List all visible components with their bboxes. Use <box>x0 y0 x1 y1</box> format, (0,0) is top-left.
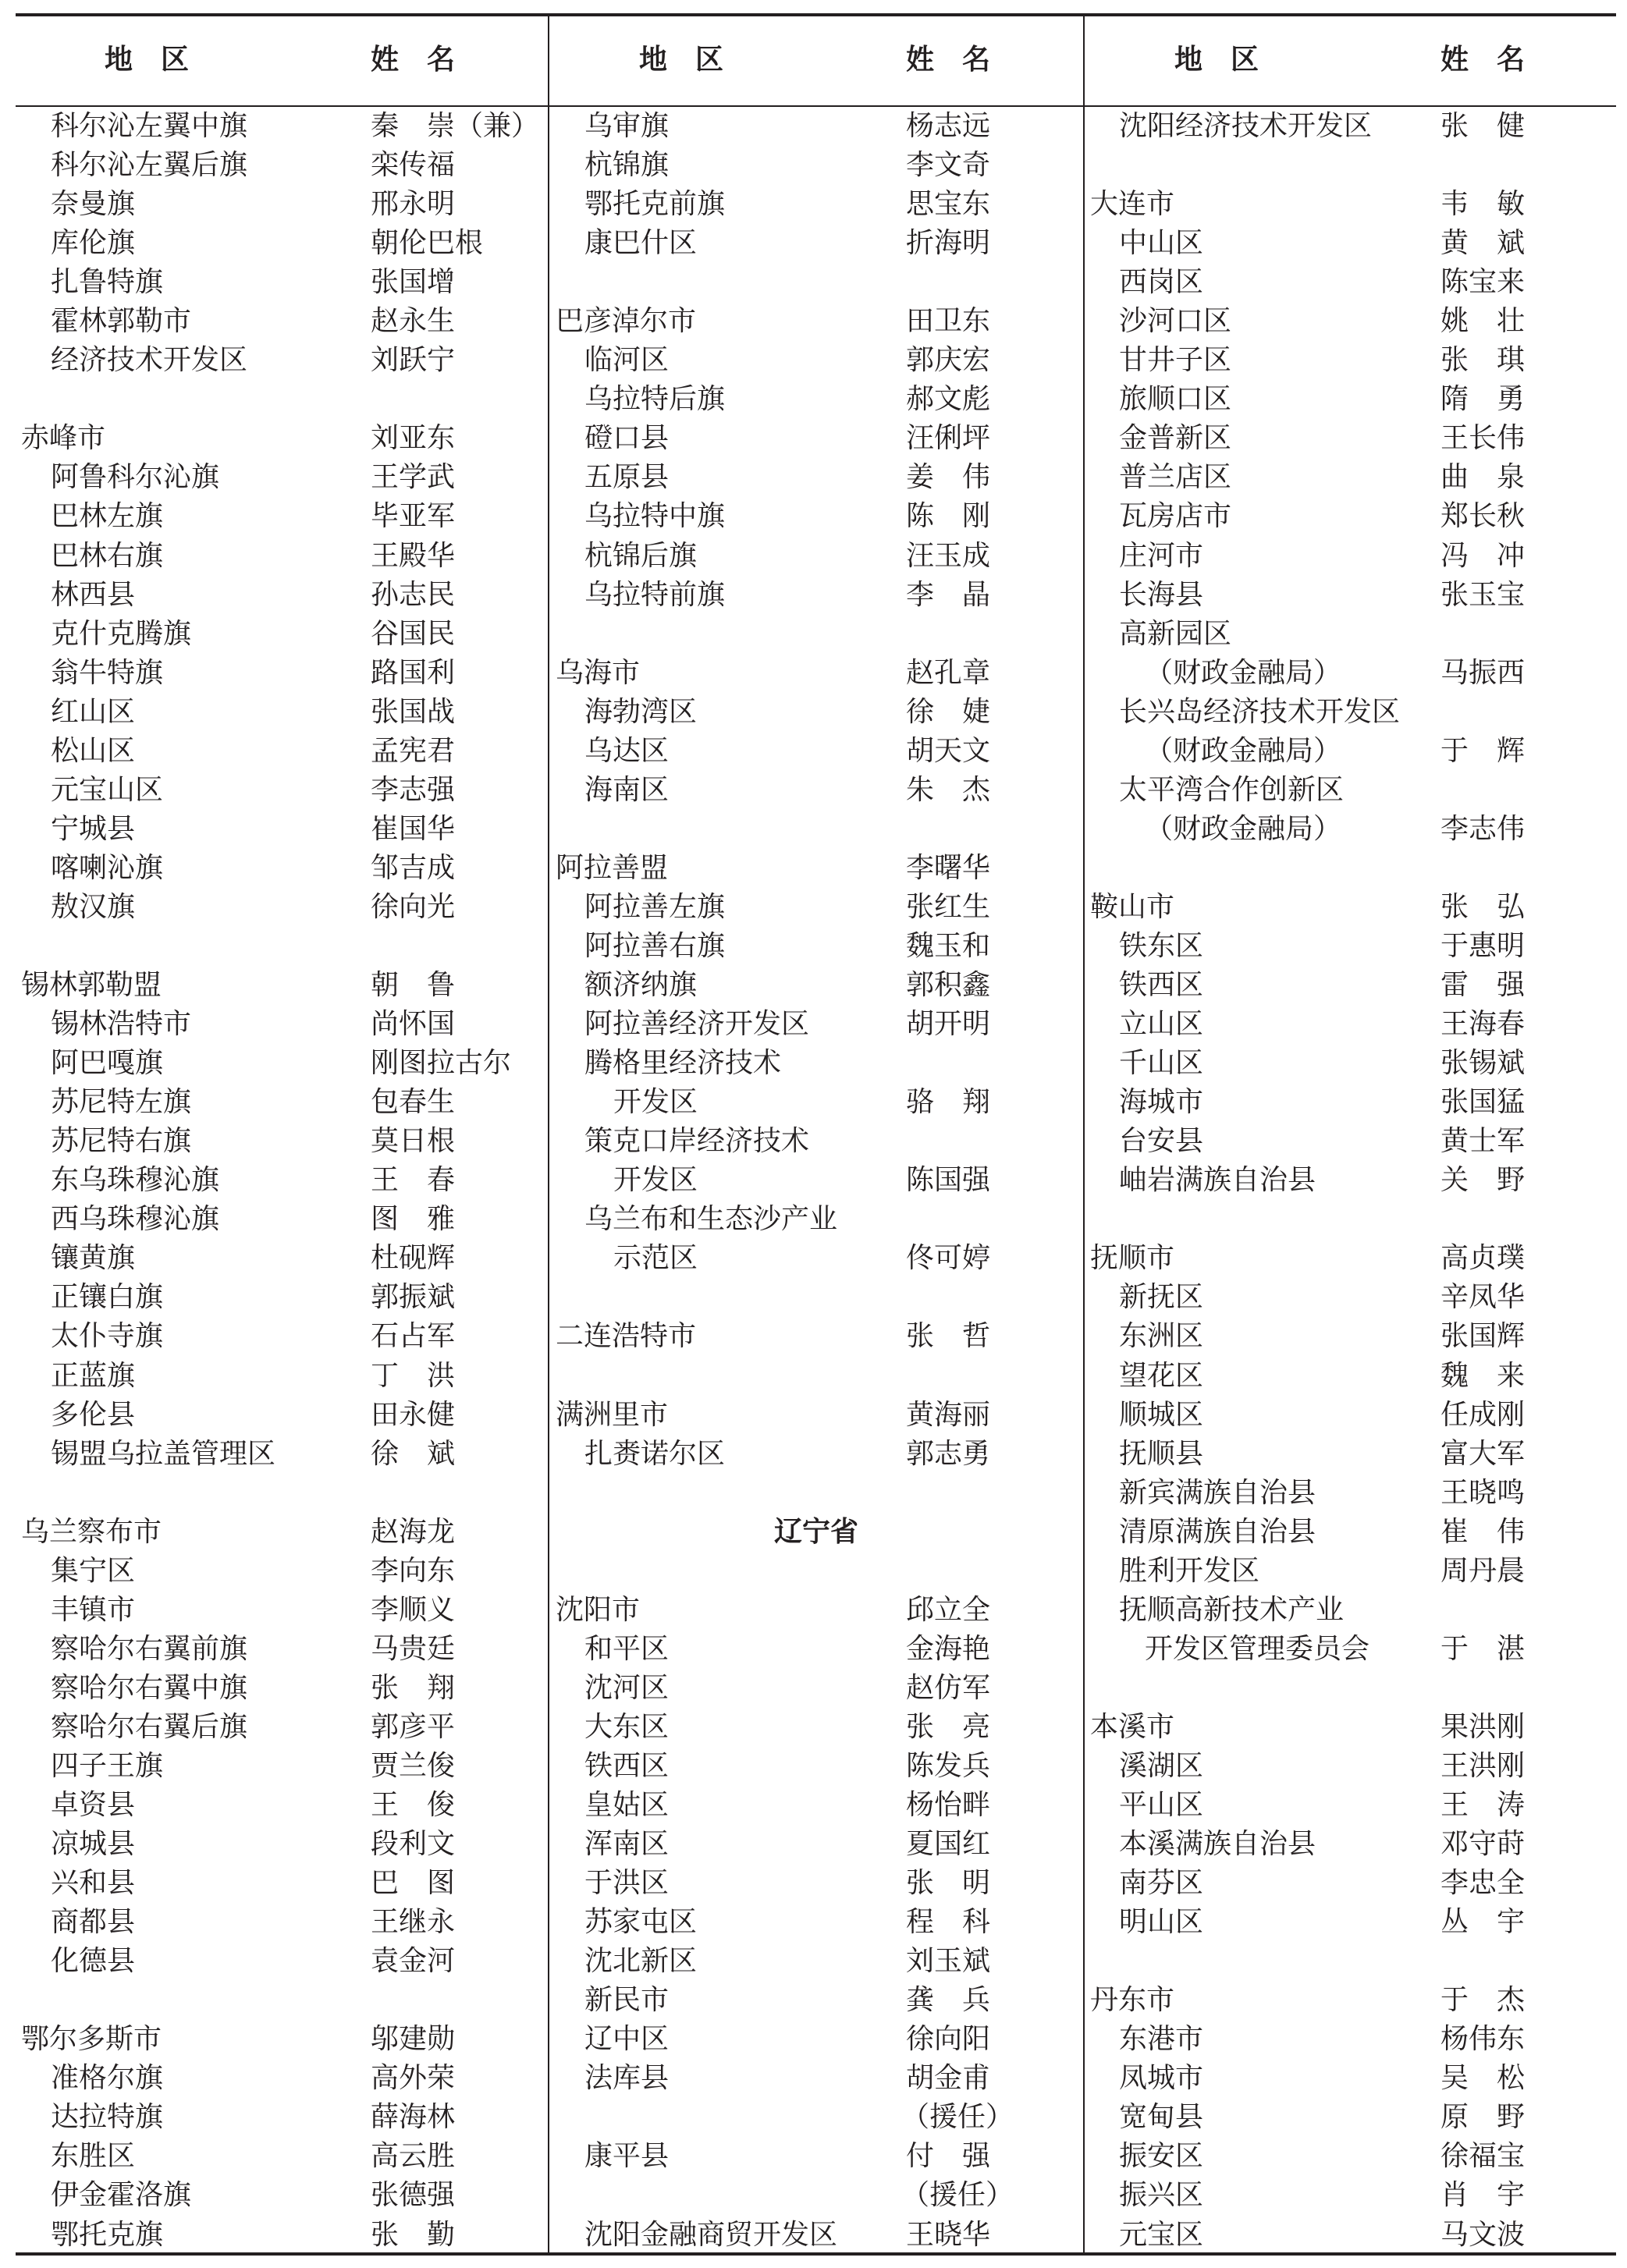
region-cell: 察哈尔右翼中旗 <box>51 1669 247 1708</box>
name-cell: 陈宝来 <box>1440 263 1525 302</box>
table-row: 巴林右旗王殿华 <box>0 537 548 576</box>
region-cell: 振安区 <box>1119 2137 1203 2176</box>
spacer-row <box>1085 1942 1616 1981</box>
table-row: 磴口县汪俐坪 <box>549 419 1083 458</box>
region-cell: 多伦县 <box>51 1396 135 1435</box>
region-cell: 新抚区 <box>1119 1278 1203 1317</box>
region-cell: 松山区 <box>51 732 135 771</box>
table-row: 阿巴嘎旗刚图拉古尔 <box>0 1044 548 1083</box>
table-row: （财政金融局）于 辉 <box>1085 732 1616 771</box>
table-row: 阿拉善盟李曙华 <box>549 849 1083 888</box>
spacer-row <box>549 1474 1083 1513</box>
table-row: 乌审旗杨志远 <box>549 107 1083 146</box>
region-cell: 乌海市 <box>556 654 640 693</box>
region-cell: 阿巴嘎旗 <box>51 1044 163 1083</box>
name-cell: 张 健 <box>1440 107 1525 146</box>
name-cell: 任成刚 <box>1440 1396 1525 1435</box>
table-row: 商都县王继永 <box>0 1903 548 1942</box>
region-cell: 策克口岸经济技术 <box>584 1122 809 1161</box>
spacer-row <box>549 1552 1083 1591</box>
name-cell: 朱 杰 <box>906 771 990 810</box>
region-cell: 乌兰布和生态沙产业 <box>584 1200 837 1239</box>
region-cell: （财政金融局） <box>1145 732 1341 771</box>
spacer-row <box>549 1357 1083 1396</box>
name-cell: 张 琪 <box>1440 341 1525 380</box>
region-cell: 锡林浩特市 <box>51 1005 191 1044</box>
table-row: 霍林郭勒市赵永生 <box>0 302 548 341</box>
name-cell: 王 涛 <box>1440 1786 1525 1825</box>
table-row: 喀喇沁旗邹吉成 <box>0 849 548 888</box>
name-cell: 陈发兵 <box>906 1747 990 1786</box>
table-row: 丹东市于 杰 <box>1085 1981 1616 2020</box>
name-cell: 思宝东 <box>906 185 990 224</box>
name-cell: 杨伟东 <box>1440 2020 1525 2059</box>
spacer-row <box>1085 1669 1616 1708</box>
name-cell: 刘玉斌 <box>906 1942 990 1981</box>
table-row: 东胜区高云胜 <box>0 2137 548 2176</box>
region-cell: 鄂托克前旗 <box>584 185 725 224</box>
table-row: 顺城区任成刚 <box>1085 1396 1616 1435</box>
name-cell: 王晓华 <box>906 2216 990 2255</box>
table-row: 振安区徐福宝 <box>1085 2137 1616 2176</box>
name-cell: 张锡斌 <box>1440 1044 1525 1083</box>
name-cell: 薛海林 <box>371 2098 455 2137</box>
name-cell: 于 湛 <box>1440 1630 1525 1669</box>
region-cell: 本溪满族自治县 <box>1119 1825 1316 1864</box>
table-row: （援任） <box>549 2098 1083 2137</box>
table-row: 长海县张玉宝 <box>1085 576 1616 615</box>
table-row: 中山区黄 斌 <box>1085 224 1616 263</box>
table-row: 阿拉善经济开发区胡开明 <box>549 1005 1083 1044</box>
region-cell: 丹东市 <box>1090 1981 1174 2020</box>
table-row: 鄂尔多斯市邬建勋 <box>0 2020 548 2059</box>
name-cell: 段利文 <box>371 1825 455 1864</box>
table-row: 阿拉善右旗魏玉和 <box>549 927 1083 966</box>
table-row: 千山区张锡斌 <box>1085 1044 1616 1083</box>
table-row: 西岗区陈宝来 <box>1085 263 1616 302</box>
name-cell: 黄士军 <box>1440 1122 1525 1161</box>
region-cell: 顺城区 <box>1119 1396 1203 1435</box>
table-row: 凉城县段利文 <box>0 1825 548 1864</box>
table-row: 额济纳旗郭积鑫 <box>549 966 1083 1005</box>
region-cell: 辽中区 <box>584 2020 669 2059</box>
region-cell: 元宝山区 <box>51 771 163 810</box>
header-region-2: 地 区 <box>639 41 723 80</box>
table-row: 乌拉特前旗李 晶 <box>549 576 1083 615</box>
region-cell: 海南区 <box>584 771 669 810</box>
name-cell: 王继永 <box>371 1903 455 1942</box>
table-row: 元宝山区李志强 <box>0 771 548 810</box>
table-row: 开发区陈国强 <box>549 1161 1083 1200</box>
table-row: 铁东区于惠明 <box>1085 927 1616 966</box>
table-row: （财政金融局）马振西 <box>1085 654 1616 693</box>
region-cell: 本溪市 <box>1090 1708 1174 1747</box>
name-cell: 张玉宝 <box>1440 576 1525 615</box>
name-cell: 于 杰 <box>1440 1981 1525 2020</box>
region-cell: （财政金融局） <box>1145 654 1341 693</box>
table-row: 准格尔旗高外荣 <box>0 2059 548 2098</box>
header-name-2: 姓 名 <box>906 41 990 80</box>
region-cell: 胜利开发区 <box>1119 1552 1259 1591</box>
name-cell: 郭庆宏 <box>906 341 990 380</box>
table-row: 沈北新区刘玉斌 <box>549 1942 1083 1981</box>
region-cell: 镶黄旗 <box>51 1239 135 1278</box>
table-row: 沈阳金融商贸开发区王晓华 <box>549 2216 1083 2255</box>
region-cell: 振兴区 <box>1119 2176 1203 2215</box>
name-cell: 张德强 <box>371 2176 455 2215</box>
name-cell: 张 明 <box>906 1864 990 1903</box>
table-row: 开发区骆 翔 <box>549 1083 1083 1122</box>
table-row: 沈阳经济技术开发区张 健 <box>1085 107 1616 146</box>
name-cell: 张国增 <box>371 263 455 302</box>
name-cell: 韦 敏 <box>1440 185 1525 224</box>
region-cell: 苏尼特左旗 <box>51 1083 191 1122</box>
region-cell: 康巴什区 <box>584 224 697 263</box>
table-top-rule <box>16 13 1616 16</box>
spacer-row <box>549 1278 1083 1317</box>
name-cell: 张国猛 <box>1440 1083 1525 1122</box>
name-cell: 李曙华 <box>906 849 990 888</box>
name-cell: 邹吉成 <box>371 849 455 888</box>
name-cell: 袁金河 <box>371 1942 455 1981</box>
table-row: 锡盟乌拉盖管理区徐 斌 <box>0 1435 548 1474</box>
region-cell: 阿拉善经济开发区 <box>584 1005 809 1044</box>
table-row: 库伦旗朝伦巴根 <box>0 224 548 263</box>
name-cell: 胡开明 <box>906 1005 990 1044</box>
name-cell: 王学武 <box>371 458 455 497</box>
name-cell: 秦 崇（兼） <box>371 107 539 146</box>
name-cell: 郑长秋 <box>1440 497 1525 536</box>
name-cell: 辛凤华 <box>1440 1278 1525 1317</box>
region-cell: 林西县 <box>51 576 135 615</box>
name-cell: 贾兰俊 <box>371 1747 455 1786</box>
name-cell: 崔 伟 <box>1440 1513 1525 1552</box>
name-cell: 佟可婷 <box>906 1239 990 1278</box>
region-cell: 扎鲁特旗 <box>51 263 163 302</box>
table-row: 乌拉特后旗郝文彪 <box>549 380 1083 419</box>
region-cell: 苏尼特右旗 <box>51 1122 191 1161</box>
table-row: 五原县姜 伟 <box>549 458 1083 497</box>
name-cell: 邱立全 <box>906 1591 990 1630</box>
region-cell: 扎赉诺尔区 <box>584 1435 725 1474</box>
name-cell: 王长伟 <box>1440 419 1525 458</box>
table-row: 沙河口区姚 壮 <box>1085 302 1616 341</box>
region-cell: 东胜区 <box>51 2137 135 2176</box>
name-cell: 高外荣 <box>371 2059 455 2098</box>
region-cell: 抚顺县 <box>1119 1435 1203 1474</box>
name-cell: 李志伟 <box>1440 810 1525 849</box>
table-row: 旅顺口区隋 勇 <box>1085 380 1616 419</box>
name-cell: 石占军 <box>371 1317 455 1356</box>
name-cell: 王 俊 <box>371 1786 455 1825</box>
name-cell: 汪玉成 <box>906 537 990 576</box>
name-cell: 赵仿军 <box>906 1669 990 1708</box>
region-cell: （财政金融局） <box>1145 810 1341 849</box>
table-row: 和平区金海艳 <box>549 1630 1083 1669</box>
table-row: 察哈尔右翼后旗郭彦平 <box>0 1708 548 1747</box>
name-cell: 郭志勇 <box>906 1435 990 1474</box>
spacer-row <box>1085 849 1616 888</box>
table-row: 兴和县巴 图 <box>0 1864 548 1903</box>
region-cell: 乌拉特中旗 <box>584 497 725 536</box>
region-cell: 新宾满族自治县 <box>1119 1474 1316 1513</box>
region-cell: 东乌珠穆沁旗 <box>51 1161 219 1200</box>
name-cell: 黄 斌 <box>1440 224 1525 263</box>
region-cell: 鞍山市 <box>1090 888 1174 927</box>
region-cell: 正蓝旗 <box>51 1357 135 1396</box>
table-row: 海勃湾区徐 婕 <box>549 693 1083 732</box>
region-cell: 浑南区 <box>584 1825 669 1864</box>
table-row: 丰镇市李顺义 <box>0 1591 548 1630</box>
header-region-3: 地 区 <box>1174 41 1259 80</box>
table-row: （财政金融局）李志伟 <box>1085 810 1616 849</box>
name-cell: 田卫东 <box>906 302 990 341</box>
table-row: 台安县黄士军 <box>1085 1122 1616 1161</box>
region-cell: 新民市 <box>584 1981 669 2020</box>
name-cell: 金海艳 <box>906 1630 990 1669</box>
table-row: 扎赉诺尔区郭志勇 <box>549 1435 1083 1474</box>
name-cell: 郭彦平 <box>371 1708 455 1747</box>
name-cell: 张 勤 <box>371 2216 455 2255</box>
region-cell: 抚顺市 <box>1090 1239 1174 1278</box>
region-cell: 明山区 <box>1119 1903 1203 1942</box>
name-cell: 徐向阳 <box>906 2020 990 2059</box>
name-cell: 张 翔 <box>371 1669 455 1708</box>
table-row: 乌兰察布市赵海龙 <box>0 1513 548 1552</box>
name-cell: 胡天文 <box>906 732 990 771</box>
name-cell: 吴 松 <box>1440 2059 1525 2098</box>
name-cell: 朝 鲁 <box>371 966 455 1005</box>
region-cell: 康平县 <box>584 2137 669 2176</box>
table-row: 铁西区陈发兵 <box>549 1747 1083 1786</box>
region-cell: 四子王旗 <box>51 1747 163 1786</box>
table-row: 于洪区张 明 <box>549 1864 1083 1903</box>
table-row: 高新园区 <box>1085 615 1616 654</box>
name-cell: 魏 来 <box>1440 1357 1525 1396</box>
name-cell: 张国辉 <box>1440 1317 1525 1356</box>
region-cell: 开发区管理委员会 <box>1145 1630 1369 1669</box>
table-row: 振兴区肖 宇 <box>1085 2176 1616 2215</box>
region-cell: 清原满族自治县 <box>1119 1513 1316 1552</box>
name-cell: 马贵廷 <box>371 1630 455 1669</box>
table-row: 宁城县崔国华 <box>0 810 548 849</box>
region-cell: 元宝区 <box>1119 2216 1203 2255</box>
table-row: 长兴岛经济技术开发区 <box>1085 693 1616 732</box>
region-cell: 高新园区 <box>1119 615 1231 654</box>
table-row: 正蓝旗丁 洪 <box>0 1357 548 1396</box>
name-cell: 王洪刚 <box>1440 1747 1525 1786</box>
name-cell: 郭积鑫 <box>906 966 990 1005</box>
name-cell: 胡金甫 <box>906 2059 990 2098</box>
name-cell: 刘跃宁 <box>371 341 455 380</box>
table-row: 东洲区张国辉 <box>1085 1317 1616 1356</box>
region-cell: 宽甸县 <box>1119 2098 1203 2137</box>
table-row: 溪湖区王洪刚 <box>1085 1747 1616 1786</box>
name-cell: 折海明 <box>906 224 990 263</box>
name-cell: 杨怡畔 <box>906 1786 990 1825</box>
table-row: 锡林浩特市尚怀国 <box>0 1005 548 1044</box>
name-cell: 邓守莳 <box>1440 1825 1525 1864</box>
name-cell: 尚怀国 <box>371 1005 455 1044</box>
table-row: 示范区佟可婷 <box>549 1239 1083 1278</box>
table-row: 抚顺市高贞璞 <box>1085 1239 1616 1278</box>
table-row: 甘井子区张 琪 <box>1085 341 1616 380</box>
table-row: 临河区郭庆宏 <box>549 341 1083 380</box>
region-cell: 台安县 <box>1119 1122 1203 1161</box>
region-cell: 察哈尔右翼前旗 <box>51 1630 247 1669</box>
region-cell: 正镶白旗 <box>51 1278 163 1317</box>
region-cell: 卓资县 <box>51 1786 135 1825</box>
region-cell: 乌达区 <box>584 732 669 771</box>
name-cell: 田永健 <box>371 1396 455 1435</box>
name-cell: 孙志民 <box>371 576 455 615</box>
table-column-1: 科尔沁左翼中旗秦 崇（兼）科尔沁左翼后旗栾传福奈曼旗邢永明库伦旗朝伦巴根扎鲁特旗… <box>0 107 548 2255</box>
spacer-row <box>0 1474 548 1513</box>
region-cell: 克什克腾旗 <box>51 615 191 654</box>
spacer-row <box>1085 146 1616 185</box>
name-cell: 李顺义 <box>371 1591 455 1630</box>
region-cell: 太平湾合作创新区 <box>1119 771 1344 810</box>
name-cell: 杨志远 <box>906 107 990 146</box>
table-row: 康平县付 强 <box>549 2137 1083 2176</box>
region-cell: 阿拉善盟 <box>556 849 668 888</box>
table-row: 海城市张国猛 <box>1085 1083 1616 1122</box>
table-row: 太平湾合作创新区 <box>1085 771 1616 810</box>
header-name-1: 姓 名 <box>371 41 455 80</box>
region-cell: 乌兰察布市 <box>21 1513 162 1552</box>
name-cell: 赵孔章 <box>906 654 990 693</box>
region-cell: 腾格里经济技术 <box>584 1044 781 1083</box>
region-cell: 大东区 <box>584 1708 669 1747</box>
table-row: 科尔沁左翼后旗栾传福 <box>0 146 548 185</box>
region-cell: 东洲区 <box>1119 1317 1203 1356</box>
name-cell: 王 春 <box>371 1161 455 1200</box>
table-row: 铁西区雷 强 <box>1085 966 1616 1005</box>
table-row: 新宾满族自治县王晓鸣 <box>1085 1474 1616 1513</box>
name-cell: 王海春 <box>1440 1005 1525 1044</box>
region-cell: 五原县 <box>584 458 669 497</box>
spacer-row <box>0 1981 548 2020</box>
table-row: 本溪满族自治县邓守莳 <box>1085 1825 1616 1864</box>
region-cell: 瓦房店市 <box>1119 497 1231 536</box>
table-row: 胜利开发区周丹晨 <box>1085 1552 1616 1591</box>
table-column-2: 乌审旗杨志远杭锦旗李文奇鄂托克前旗思宝东康巴什区折海明巴彦淖尔市田卫东临河区郭庆… <box>549 107 1083 2255</box>
name-cell: 冯 冲 <box>1440 537 1525 576</box>
name-cell: 莫日根 <box>371 1122 455 1161</box>
region-cell: 鄂托克旗 <box>51 2216 163 2255</box>
region-cell: 中山区 <box>1119 224 1203 263</box>
region-cell: 望花区 <box>1119 1357 1203 1396</box>
region-cell: 沙河口区 <box>1119 302 1231 341</box>
table-row: 阿拉善左旗张红生 <box>549 888 1083 927</box>
table-row: 南芬区李忠全 <box>1085 1864 1616 1903</box>
region-cell: 凤城市 <box>1119 2059 1203 2098</box>
region-cell: 阿拉善右旗 <box>584 927 725 966</box>
name-cell: 黄海丽 <box>906 1396 990 1435</box>
name-cell: 夏国红 <box>906 1825 990 1864</box>
name-cell: 肖 宇 <box>1440 2176 1525 2215</box>
table-row: 辽中区徐向阳 <box>549 2020 1083 2059</box>
name-cell: 马文波 <box>1440 2216 1525 2255</box>
spacer-row <box>549 263 1083 302</box>
region-cell: 铁西区 <box>584 1747 669 1786</box>
region-cell: 巴林右旗 <box>51 537 163 576</box>
region-cell: 溪湖区 <box>1119 1747 1203 1786</box>
table-row: 立山区王海春 <box>1085 1005 1616 1044</box>
region-cell: 赤峰市 <box>21 419 105 458</box>
name-cell: 徐 斌 <box>371 1435 455 1474</box>
table-row: 乌海市赵孔章 <box>549 654 1083 693</box>
region-cell: 千山区 <box>1119 1044 1203 1083</box>
name-cell: 原 野 <box>1440 2098 1525 2137</box>
region-cell: 西岗区 <box>1119 263 1203 302</box>
region-cell: 巴林左旗 <box>51 497 163 536</box>
name-cell: 高贞璞 <box>1440 1239 1525 1278</box>
region-cell: 满洲里市 <box>556 1396 668 1435</box>
region-cell: 察哈尔右翼后旗 <box>51 1708 247 1747</box>
region-cell: 阿鲁科尔沁旗 <box>51 458 219 497</box>
table-row: 察哈尔右翼中旗张 翔 <box>0 1669 548 1708</box>
name-cell: 包春生 <box>371 1083 455 1122</box>
region-cell: 长海县 <box>1119 576 1203 615</box>
name-cell: 果洪刚 <box>1440 1708 1525 1747</box>
name-cell: 丛 宇 <box>1440 1903 1525 1942</box>
table-row: 苏尼特左旗包春生 <box>0 1083 548 1122</box>
region-cell: 法库县 <box>584 2059 669 2098</box>
name-cell: 徐向光 <box>371 888 455 927</box>
region-cell: 沈河区 <box>584 1669 669 1708</box>
table-row: 新抚区辛凤华 <box>1085 1278 1616 1317</box>
table-row: 元宝区马文波 <box>1085 2216 1616 2255</box>
table-row: 赤峰市刘亚东 <box>0 419 548 458</box>
region-cell: 乌审旗 <box>584 107 669 146</box>
table-row: 二连浩特市张 哲 <box>549 1317 1083 1356</box>
region-cell: 阿拉善左旗 <box>584 888 725 927</box>
region-cell: 南芬区 <box>1119 1864 1203 1903</box>
region-cell: 伊金霍洛旗 <box>51 2176 191 2215</box>
name-cell: 高云胜 <box>371 2137 455 2176</box>
region-cell: 岫岩满族自治县 <box>1119 1161 1316 1200</box>
region-cell: 库伦旗 <box>51 224 135 263</box>
name-cell: 张 哲 <box>906 1317 990 1356</box>
table-row: 策克口岸经济技术 <box>549 1122 1083 1161</box>
region-cell: 巴彦淖尔市 <box>556 302 696 341</box>
region-cell: 长兴岛经济技术开发区 <box>1119 693 1400 732</box>
table-row: 皇姑区杨怡畔 <box>549 1786 1083 1825</box>
table-row: 普兰店区曲 泉 <box>1085 458 1616 497</box>
region-cell: 皇姑区 <box>584 1786 669 1825</box>
table-row: 卓资县王 俊 <box>0 1786 548 1825</box>
name-note-cell: （援任） <box>901 2098 1014 2137</box>
table-row: 科尔沁左翼中旗秦 崇（兼） <box>0 107 548 146</box>
name-cell: 于 辉 <box>1440 732 1525 771</box>
table-row: 鞍山市张 弘 <box>1085 888 1616 927</box>
name-cell: 龚 兵 <box>906 1981 990 2020</box>
region-cell: 二连浩特市 <box>556 1317 696 1356</box>
name-cell: 邢永明 <box>371 185 455 224</box>
table-row: 大连市韦 敏 <box>1085 185 1616 224</box>
region-cell: 霍林郭勒市 <box>51 302 191 341</box>
name-cell: 孟宪君 <box>371 732 455 771</box>
table-row: 抚顺县富大军 <box>1085 1435 1616 1474</box>
region-cell: 海勃湾区 <box>584 693 697 732</box>
table-row: 平山区王 涛 <box>1085 1786 1616 1825</box>
name-cell: 王晓鸣 <box>1440 1474 1525 1513</box>
region-cell: 化德县 <box>51 1942 135 1981</box>
table-row: 敖汉旗徐向光 <box>0 888 548 927</box>
table-row: 杭锦后旗汪玉成 <box>549 537 1083 576</box>
table-row: 巴林左旗毕亚军 <box>0 497 548 536</box>
